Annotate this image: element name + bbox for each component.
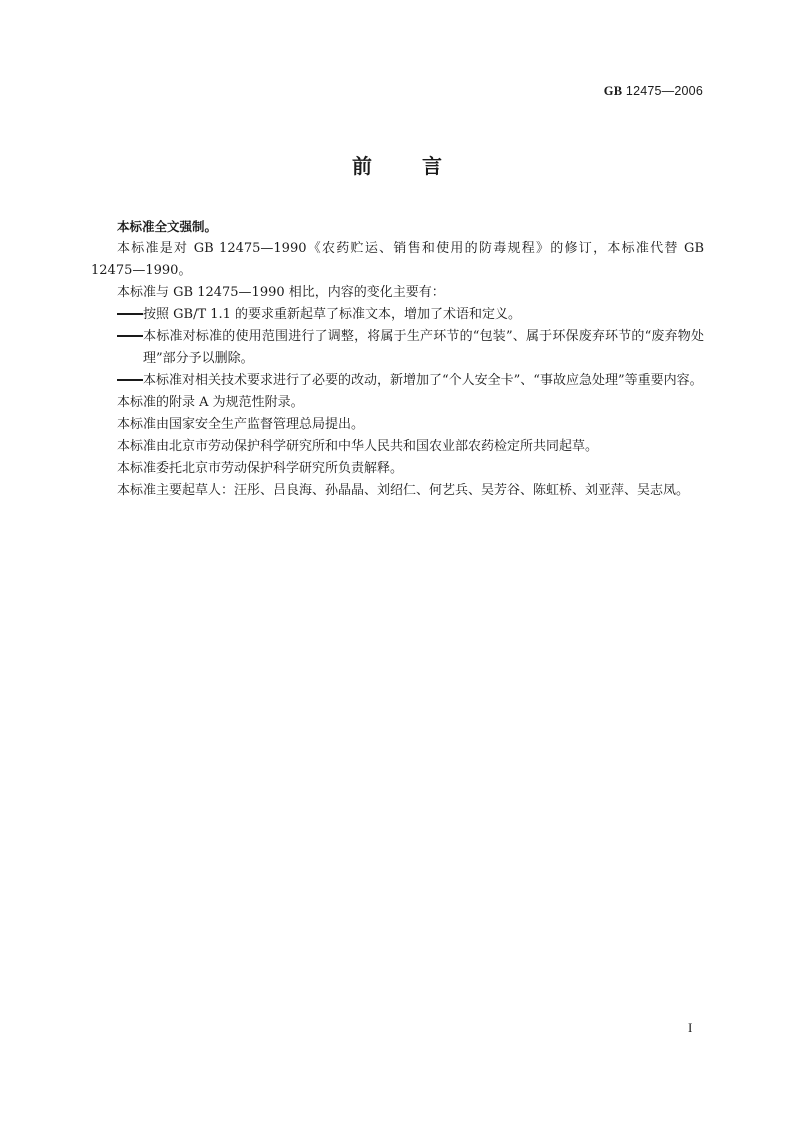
interpretation-statement: 本标准委托北京市劳动保护科学研究所负责解释。 [91, 458, 704, 480]
foreword-body: 本标准全文强制。 本标准是对 GB 12475—1990《农药贮运、销售和使用的… [91, 216, 704, 502]
standard-prefix: GB [604, 84, 622, 98]
page-number: I [688, 1020, 692, 1036]
proposer-statement: 本标准由国家安全生产监督管理总局提出。 [91, 414, 704, 436]
title-char-2: 言 [422, 150, 442, 179]
change-item: 本标准对标准的使用范围进行了调整，将属于生产环节的“包装”、属于环保废弃环节的“… [91, 326, 704, 370]
change-item-text: 本标准对相关技术要求进行了必要的改动，新增加了“个人安全卡”、“事故应急处理”等… [143, 373, 703, 388]
standard-code-header: GB 12475—2006 [604, 84, 703, 99]
drafting-orgs-statement: 本标准由北京市劳动保护科学研究所和中华人民共和国农业部农药检定所共同起草。 [91, 436, 704, 458]
change-item: 本标准对相关技术要求进行了必要的改动，新增加了“个人安全卡”、“事故应急处理”等… [91, 370, 704, 392]
em-dash-bullet [117, 379, 143, 381]
mandatory-statement: 本标准全文强制。 [91, 216, 704, 238]
standard-number: 12475—2006 [626, 84, 703, 98]
drafters-statement: 本标准主要起草人：汪彤、吕良海、孙晶晶、刘绍仁、何艺兵、吴芳谷、陈虹桥、刘亚萍、… [91, 480, 704, 502]
em-dash-bullet [117, 335, 143, 337]
change-item: 按照 GB/T 1.1 的要求重新起草了标准文本，增加了术语和定义。 [91, 304, 704, 326]
changes-intro: 本标准与 GB 12475—1990 相比，内容的变化主要有： [91, 282, 704, 304]
change-item-text: 本标准对标准的使用范围进行了调整，将属于生产环节的“包装”、属于环保废弃环节的“… [143, 329, 704, 366]
page-title: 前言 [0, 150, 794, 179]
title-char-1: 前 [352, 150, 372, 179]
em-dash-bullet [117, 313, 143, 315]
appendix-statement: 本标准的附录 A 为规范性附录。 [91, 392, 704, 414]
change-item-text: 按照 GB/T 1.1 的要求重新起草了标准文本，增加了术语和定义。 [143, 307, 521, 322]
revision-statement: 本标准是对 GB 12475—1990《农药贮运、销售和使用的防毒规程》的修订，… [91, 238, 704, 282]
